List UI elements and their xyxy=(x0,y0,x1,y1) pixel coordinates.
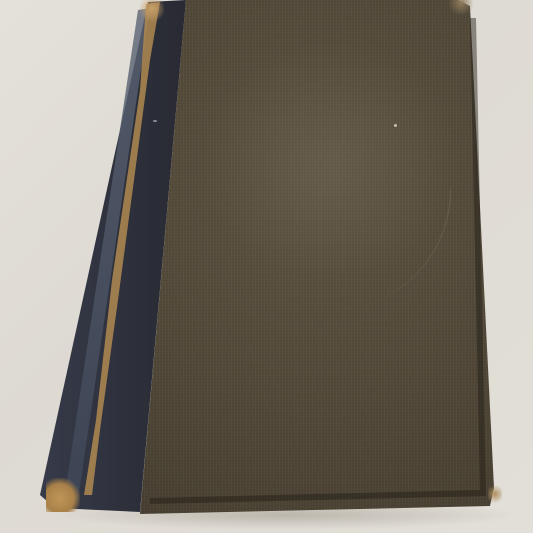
cover-top-right-corner-wear xyxy=(448,0,474,14)
cover-fleck xyxy=(394,124,397,127)
spine-top-wear xyxy=(140,0,164,22)
cover-bottom-right-corner-wear xyxy=(488,484,502,504)
photo-scene xyxy=(0,0,533,533)
spine-bottom-corner-wear xyxy=(46,478,80,512)
spine-fleck xyxy=(153,120,157,122)
